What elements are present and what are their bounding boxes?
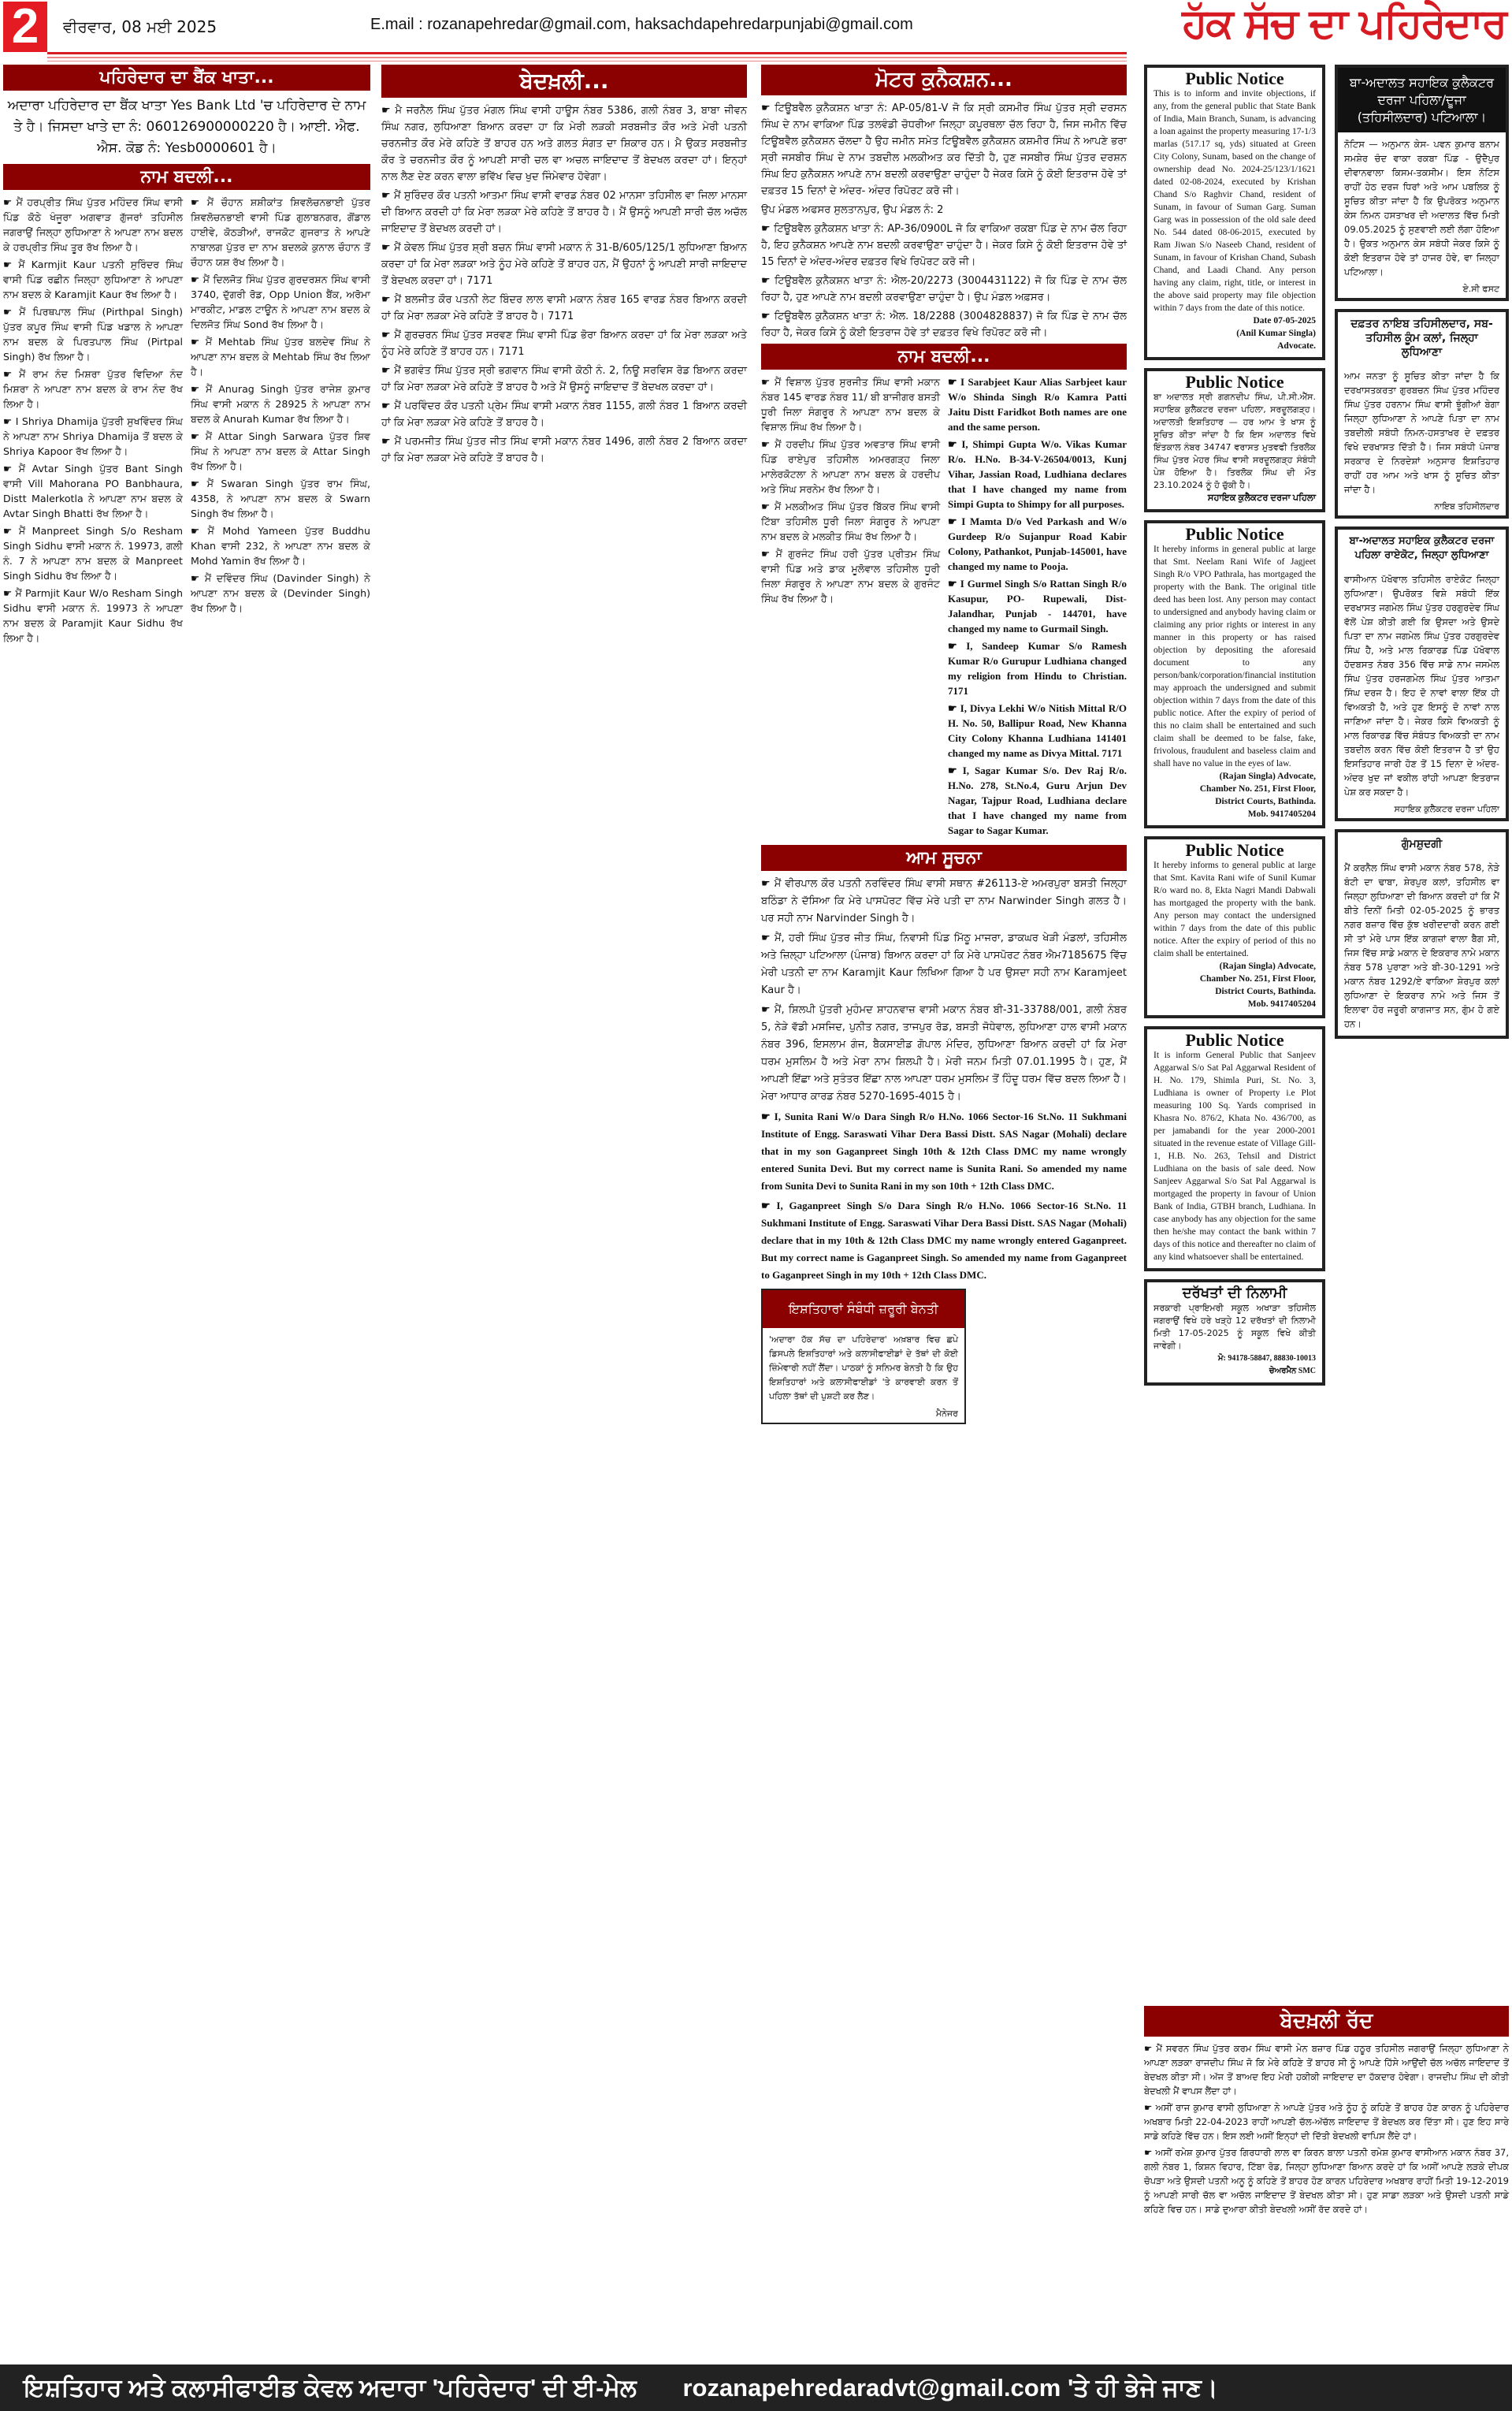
notice-signature: (Rajan Singla) Advocate, Chamber No. 251… <box>1154 770 1316 820</box>
section-header-eviction: ਬੇਦਖ਼ਲੀ... <box>381 65 747 98</box>
list-item: ☛ ਮੈਂ ਪਰਮਜੀਤ ਸਿੰਘ ਪੁੱਤਰ ਜੀਤ ਸਿੰਘ ਵਾਸੀ ਮਕ… <box>381 433 747 467</box>
section-header-eviction-revoked: ਬੇਦਖ਼ਲੀ ਰੱਦ <box>1144 2006 1509 2037</box>
section-header-name-change: ਨਾਮ ਬਦਲੀ... <box>3 164 370 190</box>
list-item: ☛ ਟਿਊਬਵੈਲ ਕੁਨੈਕਸ਼ਨ ਖਾਤਾ ਨੰ: ਐਲ. 18/2288 … <box>761 308 1127 341</box>
contact-email[interactable]: E.mail : rozanapehredar@gmail.com, haksa… <box>370 16 913 34</box>
general-notice-list: ☛ ਮੈਂ ਵੀਰਪਾਲ ਕੌਰ ਪਤਨੀ ਨਰਵਿੰਦਰ ਸਿੰਘ ਵਾਸੀ … <box>761 876 1127 1284</box>
notice-signature: (Rajan Singla) Advocate, Chamber No. 251… <box>1154 960 1316 1010</box>
public-notice-box: Public Notice It is inform General Publi… <box>1144 1026 1325 1271</box>
bank-details: ਅਦਾਰਾ ਪਹਿਰੇਦਾਰ ਦਾ ਬੈਂਕ ਖਾਤਾ Yes Bank Ltd… <box>3 95 370 159</box>
notice-signature: ਏ.ਸੀ ਫਸਟ <box>1338 284 1506 298</box>
newspaper-logo: ਹੱਕ ਸੱਚ ਦਾ ਪਹਿਰੇਦਾਰ <box>1182 0 1506 48</box>
notice-header: ਗੁੰਮਸ਼ੁਦਗੀ <box>1338 832 1506 856</box>
column-public-notices: Public Notice This is to inform and invi… <box>1144 65 1325 1393</box>
public-notice-box: Public Notice It hereby informs to gener… <box>1144 836 1325 1018</box>
ad-disclaimer-box: ਇਸ਼ਤਿਹਾਰਾਂ ਸੰਬੰਧੀ ਜ਼ਰੂਰੀ ਬੇਨਤੀ 'ਅਦਾਰਾ ਹੱ… <box>761 1289 966 1424</box>
list-item: ☛ ਮੈਂ Avtar Singh ਪੁੱਤਰ Bant Singh ਵਾਸੀ … <box>3 461 183 521</box>
column-motor-general: ਮੋਟਰ ਕੁਨੈਕਸ਼ਨ... ☛ ਟਿਊਬਵੈਲ ਕੁਨੈਕਸ਼ਨ ਖਾਤਾ… <box>761 65 1127 1424</box>
notice-header: ਬਾ-ਅਦਾਲਤ ਸਹਾਇਕ ਕੁਲੈਕਟਰ ਦਰਜਾ ਪਹਿਲਾ ਰਾਏਕੋਟ… <box>1338 530 1506 567</box>
disclaimer-signature: ਮੈਨੇਜਰ <box>763 1408 964 1423</box>
column-eviction: ਬੇਦਖ਼ਲੀ... ☛ ਮੈ ਜਰਨੈਲ ਸਿੰਘ ਪੁੱਤਰ ਮੰਗਲ ਸਿ… <box>381 65 747 469</box>
list-item: ☛ I Gurmel Singh S/o Rattan Singh R/o Ka… <box>948 576 1127 636</box>
list-item: ☛ ਅਸੀਂ ਰਾਜ ਕੁਮਾਰ ਵਾਸੀ ਲੁਧਿਆਣਾ ਨੇ ਆਪਣੇ ਪੁ… <box>1144 2100 1509 2143</box>
section-eviction-revoked: ਬੇਦਖ਼ਲੀ ਰੱਦ ☛ ਮੈਂ ਸਵਰਨ ਸਿੰਘ ਪੁੱਤਰ ਕਰਮ ਸਿ… <box>1144 2006 1509 2219</box>
court-notice-box: ਦਫ਼ਤਰ ਨਾਇਬ ਤਹਿਸੀਲਦਾਰ, ਸਬ-ਤਹਿਸੀਲ ਕੂੰਮ ਕਲਾ… <box>1335 309 1509 519</box>
notice-title: Public Notice <box>1154 1034 1316 1047</box>
list-item: ☛ ਮੈਂ Anurag Singh ਪੁੱਤਰ ਰਾਜੇਸ਼ ਕੁਮਾਰ ਸਿ… <box>191 381 370 426</box>
notice-title: Public Notice <box>1154 844 1316 857</box>
notice-body: ਵਾਸੀਆਨ ਪੱਖੋਵਾਲ ਤਹਿਸੀਲ ਰਾਏਕੋਟ ਜਿਲ੍ਹਾ ਲੁਧਿ… <box>1338 567 1506 804</box>
list-item: ☛ ਮੈਂ Swaran Singh ਪੁੱਤਰ ਰਾਮ ਸਿੰਘ, 4358,… <box>191 476 370 521</box>
list-item: ☛ ਮੈਂ ਵਿਸ਼ਾਲ ਪੁੱਤਰ ਸੁਰਜੀਤ ਸਿੰਘ ਵਾਸੀ ਮਕਾਨ… <box>761 374 940 434</box>
list-item: ☛ ਮੈਂ Mohd Yameen ਪੁੱਤਰ Buddhu Khan ਵਾਸੀ… <box>191 523 370 568</box>
list-item: ☛ I, Sandeep Kumar S/o Ramesh Kumar R/o … <box>948 638 1127 698</box>
list-item: ☛ ਮੈ ਜਰਨੈਲ ਸਿੰਘ ਪੁੱਤਰ ਮੰਗਲ ਸਿੰਘ ਵਾਸੀ ਹਾਊ… <box>381 102 747 185</box>
notice-title: Public Notice <box>1154 376 1316 389</box>
section-header-motor-connection: ਮੋਟਰ ਕੁਨੈਕਸ਼ਨ... <box>761 65 1127 95</box>
list-item: ਉਪ ਮੰਡਲ ਅਫਸਰ ਸੁਲਤਾਨਪੁਰ, ਉਪ ਮੰਡਲ ਨੰ: 2 <box>761 202 1127 218</box>
tree-auction-notice: ਦਰੱਖਤਾਂ ਦੀ ਨਿਲਾਮੀ ਸਰਕਾਰੀ ਪ੍ਰਾਇਮਰੀ ਸਕੂਲ ਅ… <box>1144 1279 1325 1386</box>
list-item: ☛ ਮੈਂ ਬਲਜੀਤ ਕੌਰ ਪਤਨੀ ਲੇਟ ਬਿੰਦਰ ਲਾਲ ਵਾਸੀ … <box>381 292 747 325</box>
list-item: ☛ ਮੈਂ ਦਿਲਜੋਤ ਸਿੰਘ ਪੁੱਤਰ ਗੁਰਦਰਸ਼ਨ ਸਿੰਘ ਵਾ… <box>191 272 370 332</box>
list-item: ☛ ਮੈਂ ਹਰਪ੍ਰੀਤ ਸਿੰਘ ਪੁੱਤਰ ਮਹਿੰਦਰ ਸਿੰਘ ਵਾਸ… <box>3 195 183 255</box>
list-item: ☛ ਮੈਂ ਮਲਕੀਅਤ ਸਿੰਘ ਪੁੱਤਰ ਬਿੱਕਰ ਸਿੰਘ ਵਾਸੀ … <box>761 499 940 544</box>
issue-date: ਵੀਰਵਾਰ, 08 ਮਈ 2025 <box>63 17 217 36</box>
divider <box>47 57 1127 58</box>
list-item: ☛ ਮੈਂ Parmjit Kaur W/o Resham Singh Sidh… <box>3 586 183 646</box>
notice-body: ਮੈਂ ਕਰਨੈਲ ਸਿੰਘ ਵਾਸੀ ਮਕਾਨ ਨੰਬਰ 578, ਨੇੜੇ … <box>1338 856 1506 1036</box>
public-notice-box: Public Notice This is to inform and invi… <box>1144 65 1325 360</box>
list-item: ☛ ਮੈਂ Karmjit Kaur ਪਤਨੀ ਸੁਰਿੰਦਰ ਸਿੰਘ ਵਾਸ… <box>3 257 183 302</box>
notice-signature: ਸਹਾਇਕ ਕੁਲੈਕਟਰ ਦਰਜਾ ਪਹਿਲਾ <box>1338 804 1506 818</box>
list-item: ☛ I, Sunita Rani W/o Dara Singh R/o H.No… <box>761 1108 1127 1195</box>
list-item: ☛ ਮੈਂ ਦਵਿੰਦਰ ਸਿੰਘ (Davinder Singh) ਨੇ ਆਪ… <box>191 571 370 616</box>
notice-body: It hereby informs to general public at l… <box>1154 859 1316 960</box>
name-change-punjabi-list: ☛ ਮੈਂ ਵਿਸ਼ਾਲ ਪੁੱਤਰ ਸੁਰਜੀਤ ਸਿੰਘ ਵਾਸੀ ਮਕਾਨ… <box>761 374 940 840</box>
name-change-list-right: ☛ ਮੈਂ ਚੌਹਾਨ ਸ਼ਸ਼ੀਕਾਂਤ ਸ਼ਿਵਲੋਚਨਭਾਈ ਪੁੱਤਰ … <box>191 195 370 648</box>
list-item: ☛ ਮੈਂ Manpreet Singh S/o Resham Singh Si… <box>3 523 183 583</box>
list-item: ☛ ਟਿਊਬਵੈਲ ਕੁਨੈਕਸ਼ਨ ਖਾਤਾ ਨੰ: AP-05/81-V ਜ… <box>761 100 1127 199</box>
notice-body: This is to inform and invite objections,… <box>1154 87 1316 314</box>
list-item: ☛ ਮੈਂ ਭਗਵੰਤ ਸਿੰਘ ਪੁੱਤਰ ਸ੍ਰੀ ਭਗਵਾਨ ਸਿੰਘ ਵ… <box>381 363 747 396</box>
list-item: ☛ ਮੈਂ ਸੁਰਿੰਦਰ ਕੌਰ ਪਤਨੀ ਆਤਮਾ ਸਿੰਘ ਵਾਸੀ ਵਾ… <box>381 188 747 237</box>
list-item: ☛ ਮੈਂ Mehtab ਸਿੰਘ ਪੁੱਤਰ ਬਲਦੇਵ ਸਿੰਘ ਨੇ ਆਪ… <box>191 334 370 379</box>
revoke-list: ☛ ਮੈਂ ਸਵਰਨ ਸਿੰਘ ਪੁੱਤਰ ਕਰਮ ਸਿੰਘ ਵਾਸੀ ਮੇਨ … <box>1144 2041 1509 2216</box>
list-item: ☛ ਮੈਂ ਗੁਰਚਰਨ ਸਿੰਘ ਪੁੱਤਰ ਸਰਵਣ ਸਿੰਘ ਵਾਸੀ ਪ… <box>381 327 747 360</box>
list-item: ☛ I Sarabjeet Kaur Alias Sarbjeet kaur W… <box>948 374 1127 434</box>
list-item: ☛ ਅਸੀਂ ਰਮੇਸ਼ ਕੁਮਾਰ ਪੁੱਤਰ ਗਿਰਧਾਰੀ ਲਾਲ ਵਾ … <box>1144 2145 1509 2216</box>
list-item: ☛ ਮੈਂ, ਸ਼ਿਲਪੀ ਪੁੱਤਰੀ ਮੁਹੰਮਦ ਸ਼ਾਹਨਵਾਜ਼ ਵਾ… <box>761 1002 1127 1106</box>
list-item: ☛ I, Divya Lekhi W/o Nitish Mittal R/O H… <box>948 701 1127 761</box>
footer-email[interactable]: rozanapehredaradvt@gmail.com <box>682 2374 1061 2402</box>
list-item: ☛ ਮੈਂ ਸਵਰਨ ਸਿੰਘ ਪੁੱਤਰ ਕਰਮ ਸਿੰਘ ਵਾਸੀ ਮੇਨ … <box>1144 2041 1509 2098</box>
list-item: ☛ I, Sagar Kumar S/o. Dev Raj R/o. H.No.… <box>948 763 1127 838</box>
notice-title: Public Notice <box>1154 73 1316 85</box>
divider <box>47 52 1127 54</box>
footer-suffix: 'ਤੇ ਹੀ ਭੇਜੇ ਜਾਣ। <box>1068 2374 1218 2402</box>
notice-signature: Date 07-05-2025 (Anil Kumar Singla) Advo… <box>1154 314 1316 352</box>
list-item: ☛ ਟਿਊਬਵੈਲ ਕੁਨੈਕਸ਼ਨ ਖਾਤਾ ਨੰ: ਐਲ-20/2273 (… <box>761 273 1127 306</box>
list-item: ☛ ਮੈਂ ਕੇਵਲ ਸਿੰਘ ਪੁੱਤਰ ਸ਼੍ਰੀ ਬਚਨ ਸਿੰਘ ਵਾਸ… <box>381 240 747 289</box>
footer-text: ਇਸ਼ਤਿਹਾਰ ਅਤੇ ਕਲਾਸੀਫਾਈਡ ਕੇਵਲ ਅਦਾਰਾ 'ਪਹਿਰੇ… <box>24 2374 637 2402</box>
motor-list: ☛ ਟਿਊਬਵੈਲ ਕੁਨੈਕਸ਼ਨ ਖਾਤਾ ਨੰ: AP-05/81-V ਜ… <box>761 100 1127 341</box>
section-header-bank: ਪਹਿਰੇਦਾਰ ਦਾ ਬੈਂਕ ਖਾਤਾ... <box>3 65 370 91</box>
public-notice-box: Public Notice It hereby informs in gener… <box>1144 520 1325 828</box>
column-court-notices: ਬਾ-ਅਦਾਲਤ ਸਹਾਇਕ ਕੁਲੈਕਟਰ ਦਰਜਾ ਪਹਿਲਾ/ਦੂਜਾ (… <box>1335 65 1509 1047</box>
list-item: ☛ ਮੈਂ ਪਰਵਿੰਦਰ ਕੌਰ ਪਤਨੀ ਪ੍ਰੇਮ ਸਿੰਘ ਵਾਸੀ ਮ… <box>381 398 747 431</box>
notice-header: ਬਾ-ਅਦਾਲਤ ਸਹਾਇਕ ਕੁਲੈਕਟਰ ਦਰਜਾ ਪਹਿਲਾ/ਦੂਜਾ (… <box>1338 68 1506 132</box>
name-change-english-list: ☛ I Sarabjeet Kaur Alias Sarbjeet kaur W… <box>948 374 1127 840</box>
disclaimer-header: ਇਸ਼ਤਿਹਾਰਾਂ ਸੰਬੰਧੀ ਜ਼ਰੂਰੀ ਬੇਨਤੀ <box>763 1290 964 1328</box>
list-item: ☛ ਮੈਂ ਰਾਮ ਨੰਦ ਮਿਸ਼ਰਾ ਪੁੱਤਰ ਵਿਦਿਆ ਨੰਦ ਮਿਸ… <box>3 366 183 411</box>
list-item: ☛ I, Gaganpreet Singh S/o Dara Singh R/o… <box>761 1197 1127 1284</box>
notice-signature: ਸਹਾਇਕ ਕੁਲੈਕਟਰ ਦਰਜਾ ਪਹਿਲਾ <box>1154 492 1316 504</box>
notice-body: ਸਰਕਾਰੀ ਪ੍ਰਾਇਮਰੀ ਸਕੂਲ ਅਖਾੜਾ ਤਹਿਸੀਲ ਜਗਰਾਉਂ… <box>1154 1302 1316 1352</box>
name-change-list-left: ☛ ਮੈਂ ਹਰਪ੍ਰੀਤ ਸਿੰਘ ਪੁੱਤਰ ਮਹਿੰਦਰ ਸਿੰਘ ਵਾਸ… <box>3 195 183 648</box>
list-item: ☛ ਮੈਂ, ਹਰੀ ਸਿੰਘ ਪੁੱਤਰ ਜੀਤ ਸਿੰਘ, ਨਿਵਾਸੀ ਪ… <box>761 930 1127 999</box>
lost-document-notice: ਗੁੰਮਸ਼ੁਦਗੀ ਮੈਂ ਕਰਨੈਲ ਸਿੰਘ ਵਾਸੀ ਮਕਾਨ ਨੰਬਰ… <box>1335 829 1509 1039</box>
list-item: ☛ ਟਿਊਬਵੈਲ ਕੁਨੈਕਸ਼ਨ ਖਾਤਾ ਨੰ: AP-36/0900L … <box>761 221 1127 270</box>
footer-banner: ਇਸ਼ਤਿਹਾਰ ਅਤੇ ਕਲਾਸੀਫਾਈਡ ਕੇਵਲ ਅਦਾਰਾ 'ਪਹਿਰੇ… <box>0 2364 1512 2411</box>
disclaimer-text: 'ਅਦਾਰਾ ਹੱਕ ਸੱਚ ਦਾ ਪਹਿਰੇਦਾਰ' ਅਖ਼ਬਾਰ ਵਿਚ ਛ… <box>763 1328 964 1408</box>
list-item: ☛ I Mamta D/o Ved Parkash and W/o Gurdee… <box>948 514 1127 574</box>
eviction-list: ☛ ਮੈ ਜਰਨੈਲ ਸਿੰਘ ਪੁੱਤਰ ਮੰਗਲ ਸਿੰਘ ਵਾਸੀ ਹਾਊ… <box>381 102 747 467</box>
notice-signature: ਨਾਇਬ ਤਹਿਸੀਲਦਾਰ <box>1338 501 1506 515</box>
notice-body: ਨੋਟਿਸ — ਅਨੁਮਾਨ ਕੇਸ- ਪਵਨ ਕੁਮਾਰ ਬਨਾਮ ਸਮਸ਼ੇ… <box>1338 132 1506 284</box>
section-header-general-notice: ਆਮ ਸੂਚਨਾ <box>761 845 1127 871</box>
list-item: ☛ I Shriya Dhamija ਪੁੱਤਰੀ ਸੁਖਵਿੰਦਰ ਸਿੰਘ … <box>3 414 183 459</box>
masthead: 2 ਵੀਰਵਾਰ, 08 ਮਈ 2025 E.mail : rozanapehr… <box>0 0 1512 63</box>
court-notice-box: ਬਾ-ਅਦਾਲਤ ਸਹਾਇਕ ਕੁਲੈਕਟਰ ਦਰਜਾ ਪਹਿਲਾ ਰਾਏਕੋਟ… <box>1335 526 1509 821</box>
list-item: ☛ ਮੈਂ ਚੌਹਾਨ ਸ਼ਸ਼ੀਕਾਂਤ ਸ਼ਿਵਲੋਚਨਭਾਈ ਪੁੱਤਰ … <box>191 195 370 270</box>
notice-body: It is inform General Public that Sanjeev… <box>1154 1049 1316 1263</box>
notice-title: Public Notice <box>1154 528 1316 541</box>
list-item: ☛ ਮੈਂ ਗੁਰਜੰਟ ਸਿੰਘ ਹਰੀ ਪੁੱਤਰ ਪ੍ਰੀਤਮ ਸਿੰਘ … <box>761 546 940 606</box>
notice-body: ਬਾ ਅਦਾਲਤ ਸ੍ਰੀ ਗਗਨਦੀਪ ਸਿੰਘ, ਪੀ.ਸੀ.ਐੱਸ. ਸਹ… <box>1154 391 1316 492</box>
divider <box>47 61 1127 61</box>
notice-header: ਦਫ਼ਤਰ ਨਾਇਬ ਤਹਿਸੀਲਦਾਰ, ਸਬ-ਤਹਿਸੀਲ ਕੂੰਮ ਕਲਾ… <box>1338 312 1506 364</box>
section-header-name-change-2: ਨਾਮ ਬਦਲੀ... <box>761 344 1127 370</box>
list-item: ☛ ਮੈਂ ਪਿਰਥਪਾਲ ਸਿੰਘ (Pirthpal Singh) ਪੁੱਤ… <box>3 304 183 364</box>
court-notice-box: ਬਾ-ਅਦਾਲਤ ਸਹਾਇਕ ਕੁਲੈਕਟਰ ਦਰਜਾ ਪਹਿਲਾ/ਦੂਜਾ (… <box>1335 65 1509 301</box>
public-notice-box: Public Notice ਬਾ ਅਦਾਲਤ ਸ੍ਰੀ ਗਗਨਦੀਪ ਸਿੰਘ,… <box>1144 368 1325 512</box>
notice-body: It hereby informs in general public at l… <box>1154 543 1316 770</box>
list-item: ☛ ਮੈਂ ਵੀਰਪਾਲ ਕੌਰ ਪਤਨੀ ਨਰਵਿੰਦਰ ਸਿੰਘ ਵਾਸੀ … <box>761 876 1127 928</box>
column-bank-namechange: ਪਹਿਰੇਦਾਰ ਦਾ ਬੈਂਕ ਖਾਤਾ... ਅਦਾਰਾ ਪਹਿਰੇਦਾਰ … <box>3 65 370 648</box>
notice-body: ਆਮ ਜਨਤਾ ਨੂੰ ਸੂਚਿਤ ਕੀਤਾ ਜਾਂਦਾ ਹੈ ਕਿ ਦਰਖਾਸ… <box>1338 364 1506 501</box>
notice-signature: ਮੋ: 94178-58847, 88830-10013 ਚੇਅਰਮੈਨ SMC <box>1154 1352 1316 1378</box>
list-item: ☛ I, Shimpi Gupta W/o. Vikas Kumar R/o. … <box>948 437 1127 512</box>
list-item: ☛ ਮੈਂ ਹਰਦੀਪ ਸਿੰਘ ਪੁੱਤਰ ਅਵਤਾਰ ਸਿੰਘ ਵਾਸੀ ਪ… <box>761 437 940 497</box>
list-item: ☛ ਮੈਂ Attar Singh Sarwara ਪੁੱਤਰ ਸ਼ਿਵ ਸਿੰ… <box>191 429 370 474</box>
notice-title: ਦਰੱਖਤਾਂ ਦੀ ਨਿਲਾਮੀ <box>1154 1287 1316 1300</box>
page-number: 2 <box>3 2 47 52</box>
